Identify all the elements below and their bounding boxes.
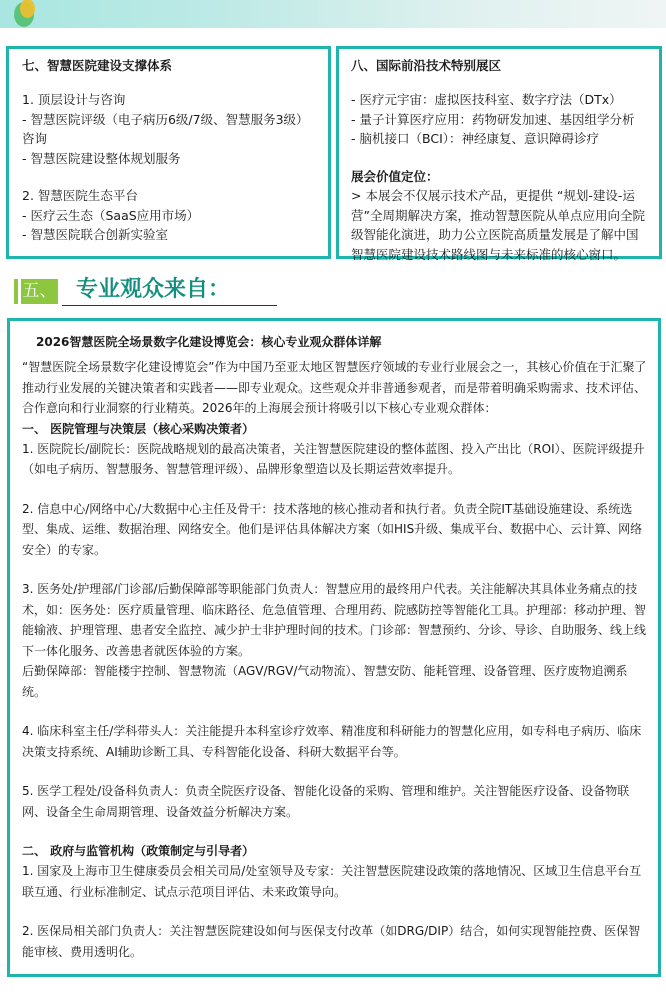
section-header: 五、 专业观众来自： (14, 278, 278, 308)
list-item: - 智慧医院建设整体规划服务 (22, 149, 315, 169)
intro-paragraph: “智慧医院全场景数字化建设博览会”作为中国乃至亚太地区智慧医疗领域的专业行业展会… (22, 357, 648, 419)
audience-box: 2026智慧医院全场景数字化建设博览会：核心专业观众群体详解 “智慧医院全场景数… (7, 318, 661, 977)
audience-title: 2026智慧医院全场景数字化建设博览会：核心专业观众群体详解 (36, 334, 648, 351)
frontier-tech-box: 八、国际前沿技术特别展区 - 医疗元宇宙：虚拟医技科室、数字疗法（DTx） - … (336, 46, 662, 259)
audience-item: 3. 医务处/护理部/门诊部/后勤保障部等职能部门负责人：智慧应用的最终用户代表… (22, 579, 648, 661)
header-band (0, 0, 666, 28)
section-accent-bar (14, 279, 18, 304)
audience-item: 1. 国家及上海市卫生健康委员会相关司局/处室领导及专家：关注智慧医院建设政策的… (22, 861, 648, 902)
box-title: 八、国际前沿技术特别展区 (351, 58, 647, 74)
list-item: - 智慧医院联合创新实验室 (22, 225, 315, 245)
audience-item: 4. 临床科室主任/学科带头人：关注能提升本科室诊疗效率、精准度和科研能力的智慧… (22, 721, 648, 762)
support-system-box: 七、智慧医院建设支撑体系 1. 顶层设计与咨询 - 智慧医院评级（电子病历6级/… (6, 46, 331, 259)
audience-item: 2. 信息中心/网络中心/大数据中心主任及骨干：技术落地的核心推动者和执行者。负… (22, 499, 648, 561)
audience-item: 5. 医学工程处/设备科负责人：负责全院医疗设备、智能化设备的采购、管理和维护。… (22, 781, 648, 822)
section-title: 专业观众来自： (62, 276, 277, 306)
logo-icon (14, 0, 44, 28)
section-number: 五、 (21, 279, 58, 304)
list-item: - 医疗元宇宙：虚拟医技科室、数字疗法（DTx） (351, 90, 647, 110)
audience-item: 2. 医保局相关部门负责人：关注智慧医院建设如何与医保支付改革（如DRG/DIP… (22, 921, 648, 962)
group-heading: 二、 政府与监管机构（政策制定与引导者） (22, 841, 648, 861)
box-title: 七、智慧医院建设支撑体系 (22, 58, 315, 74)
group-heading: 1. 顶层设计与咨询 (22, 90, 315, 110)
list-item: - 医疗云生态（SaaS应用市场） (22, 206, 315, 226)
list-item: 咨询 (22, 129, 315, 149)
value-text: > 本展会不仅展示技术产品，更提供 “规划-建设-运营”全周期解决方案，推动智慧… (351, 186, 647, 264)
list-item: - 量子计算医疗应用：药物研发加速、基因组学分析 (351, 110, 647, 130)
audience-item: 1. 医院院长/副院长：医院战略规划的最高决策者，关注智慧医院建设的整体蓝图、投… (22, 439, 648, 480)
group-heading: 2. 智慧医院生态平台 (22, 186, 315, 206)
list-item: - 智慧医院评级（电子病历6级/7级、智慧服务3级） (22, 110, 315, 130)
group-heading: 一、 医院管理与决策层（核心采购决策者） (22, 419, 648, 439)
list-item: - 脑机接口（BCI）：神经康复、意识障碍诊疗 (351, 129, 647, 149)
value-heading: 展会价值定位： (351, 167, 647, 187)
audience-item: 后勤保障部：智能楼宇控制、智慧物流（AGV/RGV/气动物流）、智慧安防、能耗管… (22, 661, 648, 702)
